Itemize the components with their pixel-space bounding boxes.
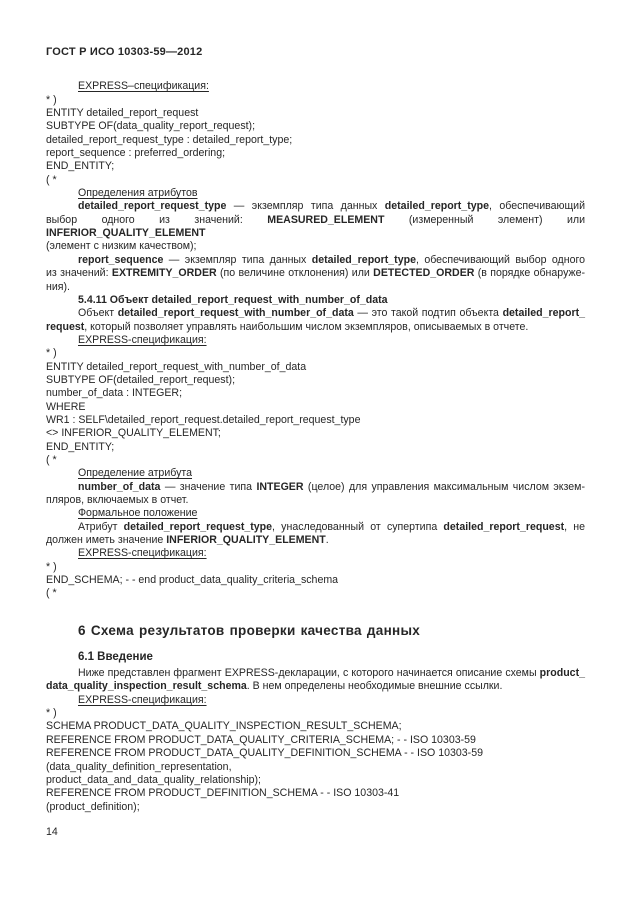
code-line: * ) — [46, 94, 585, 107]
code-line: ( * — [46, 454, 585, 467]
paragraph-object-description: Объект detailed_report_request_with_numb… — [46, 307, 585, 334]
attribute-definition-label: Определение атрибута — [78, 467, 585, 480]
code-line: ENTITY detailed_report_request — [46, 107, 585, 120]
code-line: ( * — [46, 587, 585, 600]
code-line: * ) — [46, 707, 585, 720]
express-code-block-2: * )ENTITY detailed_report_request_with_n… — [46, 347, 585, 467]
code-line: WR1 : SELF\detailed_report_request.detai… — [46, 414, 585, 427]
code-line: ( * — [46, 174, 585, 187]
code-line: * ) — [46, 347, 585, 360]
express-code-block-1: * )ENTITY detailed_report_requestSUBTYPE… — [46, 94, 585, 187]
paragraph-detailed-report-request-type: detailed_report_request_type — экземпляр… — [46, 200, 585, 253]
paragraph-formal-statement: Атрибут detailed_report_request_type, ун… — [46, 521, 585, 548]
code-line: END_ENTITY; — [46, 160, 585, 173]
code-line: <> INFERIOR_QUALITY_ELEMENT; — [46, 427, 585, 440]
code-line: REFERENCE FROM PRODUCT_DATA_QUALITY_DEFI… — [46, 747, 585, 760]
code-line: REFERENCE FROM PRODUCT_DEFINITION_SCHEMA… — [46, 787, 585, 800]
paragraph-line: из значений: EXTREMITY_ORDER (по величин… — [46, 267, 585, 280]
page-number: 14 — [46, 826, 58, 839]
express-code-block-4: * )SCHEMA PRODUCT_DATA_QUALITY_INSPECTIO… — [46, 707, 585, 814]
code-line: SCHEMA PRODUCT_DATA_QUALITY_INSPECTION_R… — [46, 720, 585, 733]
code-line: SUBTYPE OF(data_quality_report_request); — [46, 120, 585, 133]
code-line: * ) — [46, 561, 585, 574]
paragraph-line: request, который позволяет управлять наи… — [46, 321, 585, 334]
code-line: number_of_data : INTEGER; — [46, 387, 585, 400]
paragraph-line: выбор одного из значений: MEASURED_ELEME… — [46, 214, 585, 241]
code-line: ENTITY detailed_report_request_with_numb… — [46, 361, 585, 374]
paragraph-line: detailed_report_request_type — экземпляр… — [46, 200, 585, 213]
document-header: ГОСТ Р ИСО 10303-59—2012 — [46, 46, 585, 59]
paragraph-line: Ниже представлен фрагмент EXPRESS-деклар… — [46, 667, 585, 680]
paragraph-line: пляров, включаемых в отчет. — [46, 494, 585, 507]
paragraph-section-6-intro: Ниже представлен фрагмент EXPRESS-деклар… — [46, 667, 585, 694]
code-line: product_data_and_data_quality_relationsh… — [46, 774, 585, 787]
paragraph-line: Объект detailed_report_request_with_numb… — [46, 307, 585, 320]
section-6-1-heading: 6.1 Введение — [78, 651, 585, 664]
code-line: (product_definition); — [46, 801, 585, 814]
express-spec-label-2: EXPRESS-спецификация: — [78, 334, 585, 347]
code-line: REFERENCE FROM PRODUCT_DATA_QUALITY_CRIT… — [46, 734, 585, 747]
attribute-definitions-label: Определения атрибутов — [78, 187, 585, 200]
express-spec-label-4: EXPRESS-спецификация: — [78, 694, 585, 707]
paragraph-line: Атрибут detailed_report_request_type, ун… — [46, 521, 585, 534]
paragraph-report-sequence: report_sequence — экземпляр типа данных … — [46, 254, 585, 294]
paragraph-line: data_quality_inspection_result_schema. В… — [46, 680, 585, 693]
code-line: (data_quality_definition_representation, — [46, 761, 585, 774]
code-line: END_ENTITY; — [46, 441, 585, 454]
paragraph-line: ния). — [46, 281, 585, 294]
paragraph-line: report_sequence — экземпляр типа данных … — [46, 254, 585, 267]
formal-statement-label: Формальное положение — [78, 507, 585, 520]
express-spec-label-3: EXPRESS-спецификация: — [78, 547, 585, 560]
express-spec-label-1: EXPRESS–спецификация: — [78, 80, 585, 93]
paragraph-line: должен иметь значение INFERIOR_QUALITY_E… — [46, 534, 585, 547]
code-line: SUBTYPE OF(detailed_report_request); — [46, 374, 585, 387]
code-line: detailed_report_request_type : detailed_… — [46, 134, 585, 147]
heading-5-4-11: 5.4.11 Объект detailed_report_request_wi… — [78, 294, 585, 307]
code-line: report_sequence : preferred_ordering; — [46, 147, 585, 160]
code-line: END_SCHEMA; - - end product_data_quality… — [46, 574, 585, 587]
paragraph-number-of-data: number_of_data — значение типа INTEGER (… — [46, 481, 585, 508]
paragraph-line: number_of_data — значение типа INTEGER (… — [46, 481, 585, 494]
express-code-block-3: * )END_SCHEMA; - - end product_data_qual… — [46, 561, 585, 601]
section-6-heading: 6 Схема результатов проверки качества да… — [78, 623, 585, 639]
paragraph-line: (элемент с низким качеством); — [46, 240, 585, 253]
code-line: WHERE — [46, 401, 585, 414]
document-page: ГОСТ Р ИСО 10303-59—2012 EXPRESS–специфи… — [0, 0, 630, 913]
